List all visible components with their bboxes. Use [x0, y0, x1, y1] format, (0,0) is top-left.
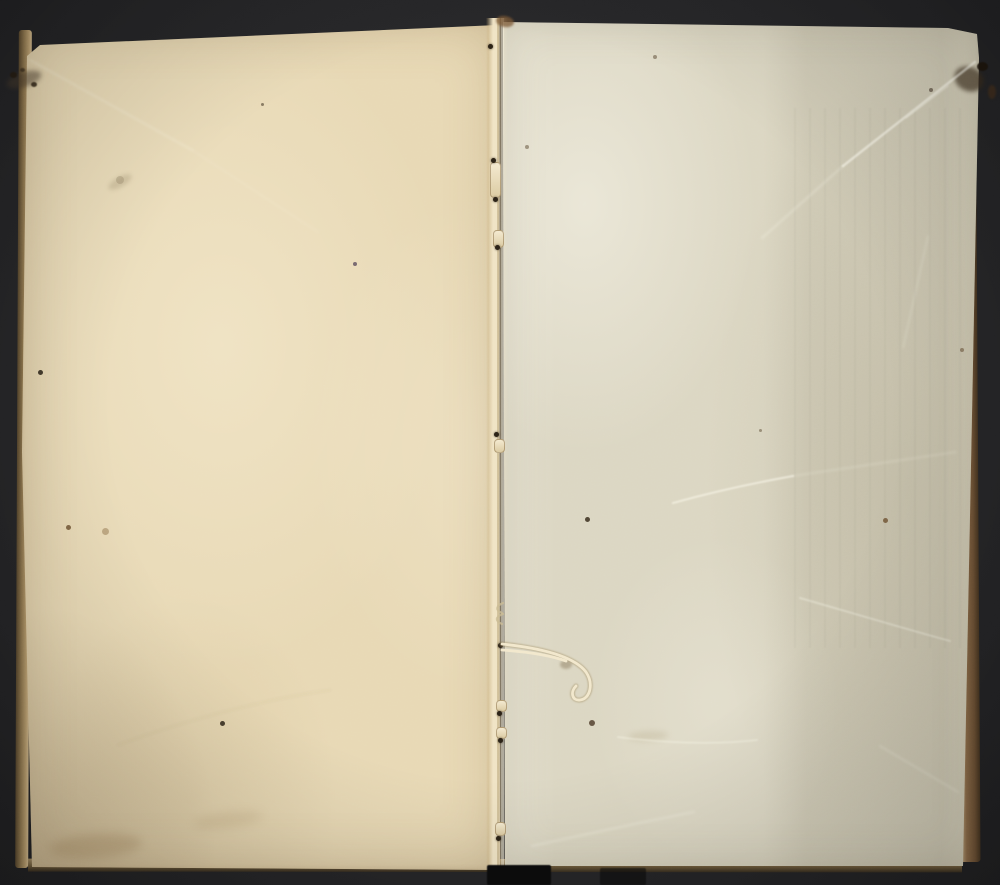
ink-speck [759, 429, 762, 432]
stitch-hole [498, 643, 503, 648]
stain-smudge [977, 62, 988, 71]
ink-speck [653, 55, 657, 59]
scanner-support [487, 865, 551, 885]
stitch-thread [490, 162, 501, 198]
ink-speck [585, 517, 590, 522]
stitch-hole [496, 836, 501, 841]
stitch-hole [491, 158, 496, 163]
stain-smudge [31, 82, 37, 87]
stitch-hole [488, 44, 493, 49]
ink-speck [589, 720, 595, 726]
ink-speck [525, 145, 529, 149]
ink-speck [353, 262, 357, 266]
bleedthrough-band [794, 108, 962, 648]
book-scan [0, 0, 1000, 885]
scanner-support [600, 868, 646, 885]
stitch-thread [495, 822, 506, 836]
ink-speck [102, 528, 109, 535]
ink-speck [66, 525, 71, 530]
stitch-hole [494, 432, 499, 437]
ink-speck [220, 721, 225, 726]
stain-smudge [10, 72, 17, 78]
stain-smudge [20, 68, 25, 72]
left-page [20, 22, 500, 870]
stitch-thread [494, 439, 505, 453]
stitch-hole [493, 197, 498, 202]
stain-smudge [988, 85, 996, 99]
ink-speck [929, 88, 933, 92]
stain-smudge [560, 660, 572, 669]
stitch-hole [495, 245, 500, 250]
stitch-hole [498, 738, 503, 743]
ink-speck [38, 370, 43, 375]
ink-speck [261, 103, 264, 106]
stitch-hole [497, 711, 502, 716]
ink-speck [960, 348, 964, 352]
right-page [498, 16, 980, 872]
ink-speck [883, 518, 888, 523]
stitch-thread [496, 700, 507, 712]
